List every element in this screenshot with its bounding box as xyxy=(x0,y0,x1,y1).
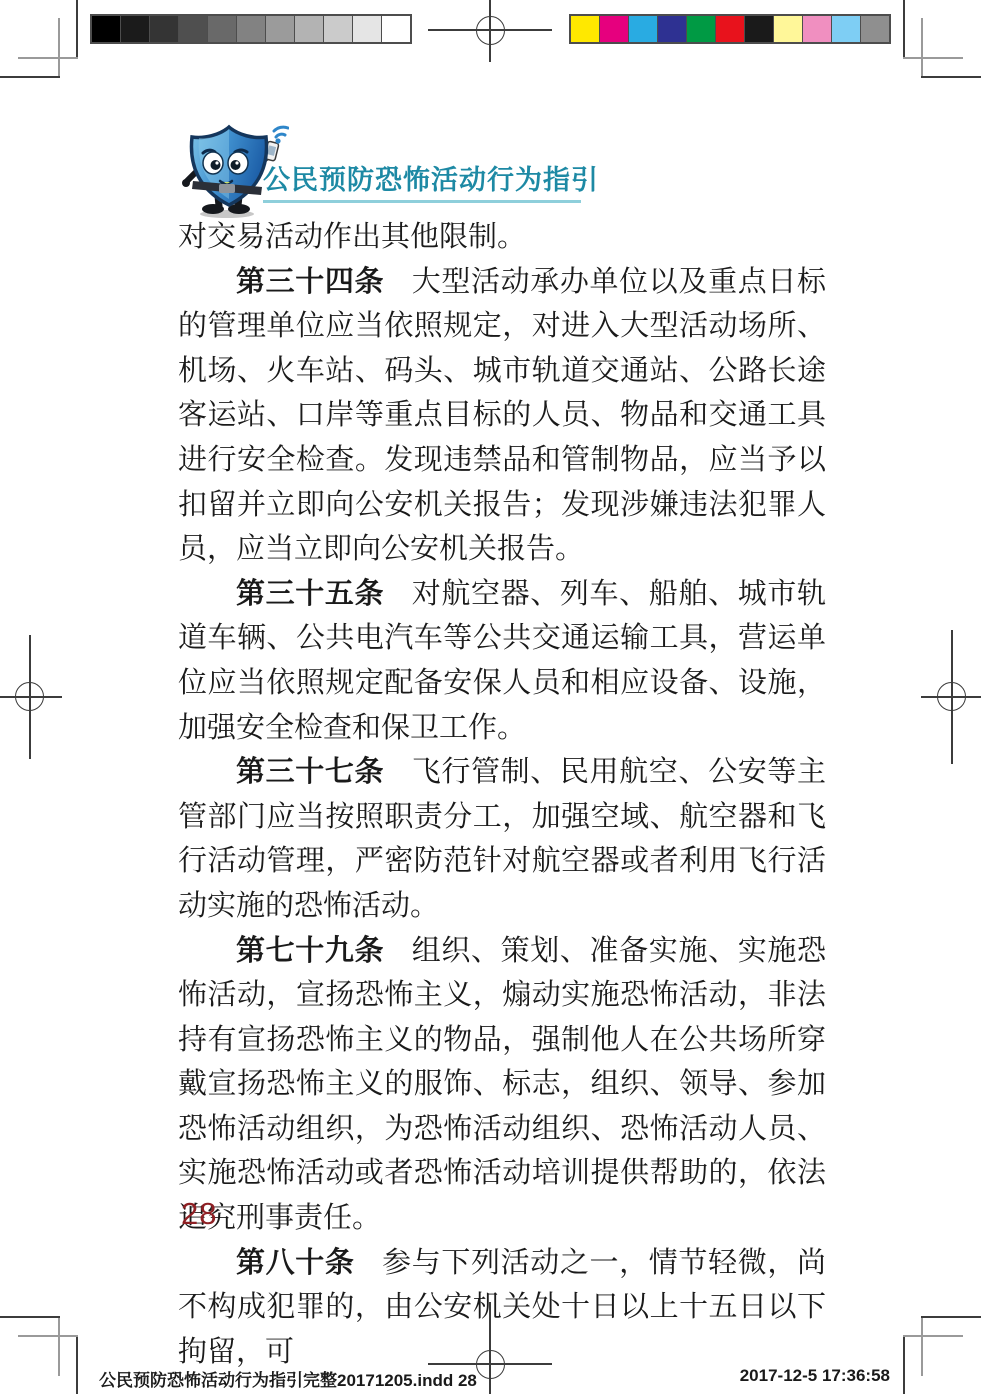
article-number: 第三十四条 xyxy=(236,266,412,298)
body-paragraph: 第七十九条组织、策划、准备实施、实施恐怖活动，宣扬恐怖主义，煽动实施恐怖活动，非… xyxy=(178,929,826,1241)
color-bar-swatch xyxy=(658,16,686,42)
grayscale-bar-swatch xyxy=(353,16,381,42)
body-paragraph: 第三十四条大型活动承办单位以及重点日标的管理单位应当依照规定，对进入大型活动场所… xyxy=(178,260,826,572)
footer-timestamp: 2017-12-5 17:36:58 xyxy=(740,1366,890,1386)
article-number: 第三十七条 xyxy=(236,756,412,788)
grayscale-bar-swatch xyxy=(150,16,178,42)
grayscale-bar-swatch xyxy=(266,16,294,42)
page-title: 公民预防恐怖活动行为指引 xyxy=(263,158,603,197)
article-number: 第七十九条 xyxy=(236,935,412,967)
body-paragraph: 对交易活动作出其他限制。 xyxy=(178,215,826,260)
color-bar-swatch xyxy=(803,16,831,42)
color-bar-swatch xyxy=(716,16,744,42)
grayscale-bar-swatch xyxy=(295,16,323,42)
article-text: 组织、策划、准备实施、实施恐怖活动，宣扬恐怖主义，煽动实施恐怖活动，非法持有宣扬… xyxy=(178,935,826,1235)
grayscale-bar-swatch xyxy=(382,16,410,42)
title-underline xyxy=(263,200,581,203)
article-text: 对交易活动作出其他限制。 xyxy=(178,221,526,253)
color-bar-swatch xyxy=(629,16,657,42)
grayscale-calibration-bar xyxy=(90,14,412,44)
body-paragraph: 第三十七条飞行管制、民用航空、公安等主管部门应当按照职责分工，加强空域、航空器和… xyxy=(178,750,826,928)
footer-filename: 公民预防恐怖活动行为指引完整20171205.indd 28 xyxy=(99,1366,477,1391)
wifi-signal-icon xyxy=(274,127,288,137)
color-bar-swatch xyxy=(745,16,773,42)
grayscale-bar-swatch xyxy=(208,16,236,42)
color-bar-swatch xyxy=(571,16,599,42)
page-number: 28 xyxy=(181,1196,217,1232)
grayscale-bar-swatch xyxy=(121,16,149,42)
color-bar-swatch xyxy=(600,16,628,42)
grayscale-bar-swatch xyxy=(92,16,120,42)
grayscale-bar-swatch xyxy=(179,16,207,42)
article-text: 大型活动承办单位以及重点日标的管理单位应当依照规定，对进入大型活动场所、机场、火… xyxy=(178,266,826,566)
color-bar-swatch xyxy=(832,16,860,42)
grayscale-bar-swatch xyxy=(324,16,352,42)
article-number: 第八十条 xyxy=(236,1247,382,1279)
color-bar-swatch xyxy=(687,16,715,42)
color-bar-swatch xyxy=(774,16,802,42)
article-number: 第三十五条 xyxy=(236,578,412,610)
book-page: 公民预防恐怖活动行为指引 对交易活动作出其他限制。第三十四条大型活动承办单位以及… xyxy=(0,0,981,1394)
body-paragraph: 第八十条参与下列活动之一，情节轻微，尚不构成犯罪的，由公安机关处十日以上十五日以… xyxy=(178,1241,826,1375)
color-calibration-bar xyxy=(569,14,891,44)
grayscale-bar-swatch xyxy=(237,16,265,42)
body-paragraph: 第三十五条对航空器、列车、船舶、城市轨道车辆、公共电汽车等公共交通运输工具，营运… xyxy=(178,572,826,750)
body-text: 对交易活动作出其他限制。第三十四条大型活动承办单位以及重点日标的管理单位应当依照… xyxy=(178,215,826,1374)
color-bar-swatch xyxy=(861,16,889,42)
